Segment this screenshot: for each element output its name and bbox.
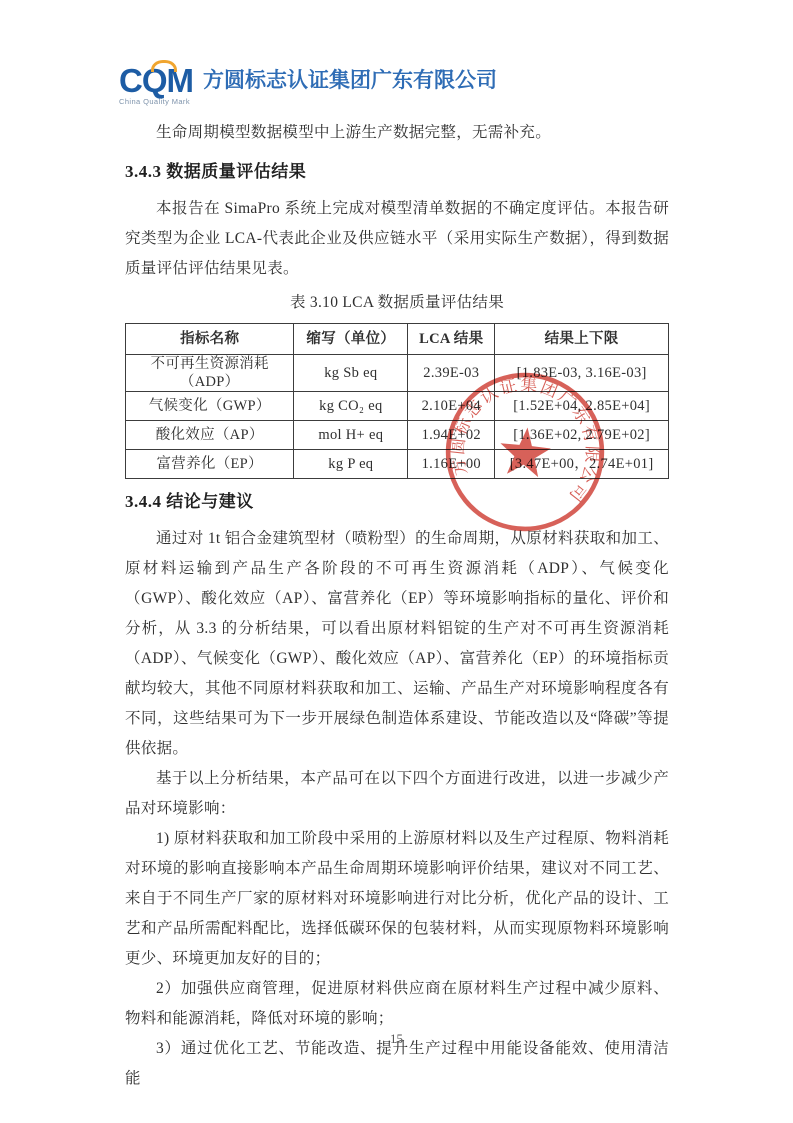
table-cell: mol H+ eq — [294, 421, 408, 450]
document-body: 生命周期模型数据模型中上游生产数据完整，无需补充。 3.4.3 数据质量评估结果… — [125, 118, 669, 1094]
section-heading-344: 3.4.4 结论与建议 — [125, 487, 669, 517]
table-cell: [1.83E-03, 3.16E-03] — [495, 355, 669, 392]
table-cell: [1.36E+02, 2.79E+02] — [495, 421, 669, 450]
table-cell: 2.10E+04 — [408, 392, 495, 421]
table-header-cell: LCA 结果 — [408, 324, 495, 355]
table-cell: [1.52E+04, 2.85E+04] — [495, 392, 669, 421]
table-body: 不可再生资源消耗（ADP）kg Sb eq2.39E-03[1.83E-03, … — [126, 355, 669, 479]
section-343-paragraph: 本报告在 SimaPro 系统上完成对模型清单数据的不确定度评估。本报告研究类型… — [125, 194, 669, 284]
table-cell: 富营养化（EP） — [126, 450, 294, 479]
table-row: 不可再生资源消耗（ADP）kg Sb eq2.39E-03[1.83E-03, … — [126, 355, 669, 392]
conclusion-item-1: 1) 原材料获取和加工阶段中采用的上游原材料以及生产过程原、物料消耗对环境的影响… — [125, 824, 669, 974]
document-page: CQM China Quality Mark 方圆标志认证集团广东有限公司 生命… — [0, 0, 793, 1123]
table-header-cell: 缩写（单位） — [294, 324, 408, 355]
table-cell: kg Sb eq — [294, 355, 408, 392]
table-caption: 表 3.10 LCA 数据质量评估结果 — [125, 288, 669, 318]
conclusion-item-2: 2）加强供应商管理，促进原材料供应商在原材料生产过程中减少原料、物料和能源消耗，… — [125, 974, 669, 1034]
table-cell: kg P eq — [294, 450, 408, 479]
table-cell: 2.39E-03 — [408, 355, 495, 392]
table-header-row: 指标名称 缩写（单位） LCA 结果 结果上下限 — [126, 324, 669, 355]
table-row: 气候变化（GWP）kg CO₂ eq2.10E+04[1.52E+04, 2.8… — [126, 392, 669, 421]
conclusion-paragraph-1: 通过对 1t 铝合金建筑型材（喷粉型）的生命周期，从原材料获取和加工、原材料运输… — [125, 524, 669, 764]
table-cell: 1.16E+00 — [408, 450, 495, 479]
table-header-cell: 指标名称 — [126, 324, 294, 355]
section-heading-343: 3.4.3 数据质量评估结果 — [125, 157, 669, 187]
table-row: 酸化效应（AP）mol H+ eq1.94E+02[1.36E+02, 2.79… — [126, 421, 669, 450]
intro-paragraph: 生命周期模型数据模型中上游生产数据完整，无需补充。 — [125, 118, 669, 148]
lca-results-table: 指标名称 缩写（单位） LCA 结果 结果上下限 不可再生资源消耗（ADP）kg… — [125, 323, 669, 479]
cqm-logo-mark: CQM China Quality Mark — [119, 58, 193, 106]
page-number: 15 — [0, 1031, 793, 1047]
table-cell: 1.94E+02 — [408, 421, 495, 450]
table-row: 富营养化（EP）kg P eq1.16E+00[3.47E+00，2.74E+0… — [126, 450, 669, 479]
conclusion-paragraph-2: 基于以上分析结果，本产品可在以下四个方面进行改进，以进一步减少产品对环境影响： — [125, 764, 669, 824]
table-cell: [3.47E+00，2.74E+01] — [495, 450, 669, 479]
table-header-cell: 结果上下限 — [495, 324, 669, 355]
table-cell: 气候变化（GWP） — [126, 392, 294, 421]
cqm-arc-icon — [151, 60, 177, 72]
cqm-tagline: China Quality Mark — [119, 97, 193, 106]
company-name: 方圆标志认证集团广东有限公司 — [203, 58, 497, 104]
table-cell: 不可再生资源消耗（ADP） — [126, 355, 294, 392]
cqm-logo: CQM China Quality Mark 方圆标志认证集团广东有限公司 — [119, 58, 497, 106]
table-cell: kg CO₂ eq — [294, 392, 408, 421]
table-cell: 酸化效应（AP） — [126, 421, 294, 450]
